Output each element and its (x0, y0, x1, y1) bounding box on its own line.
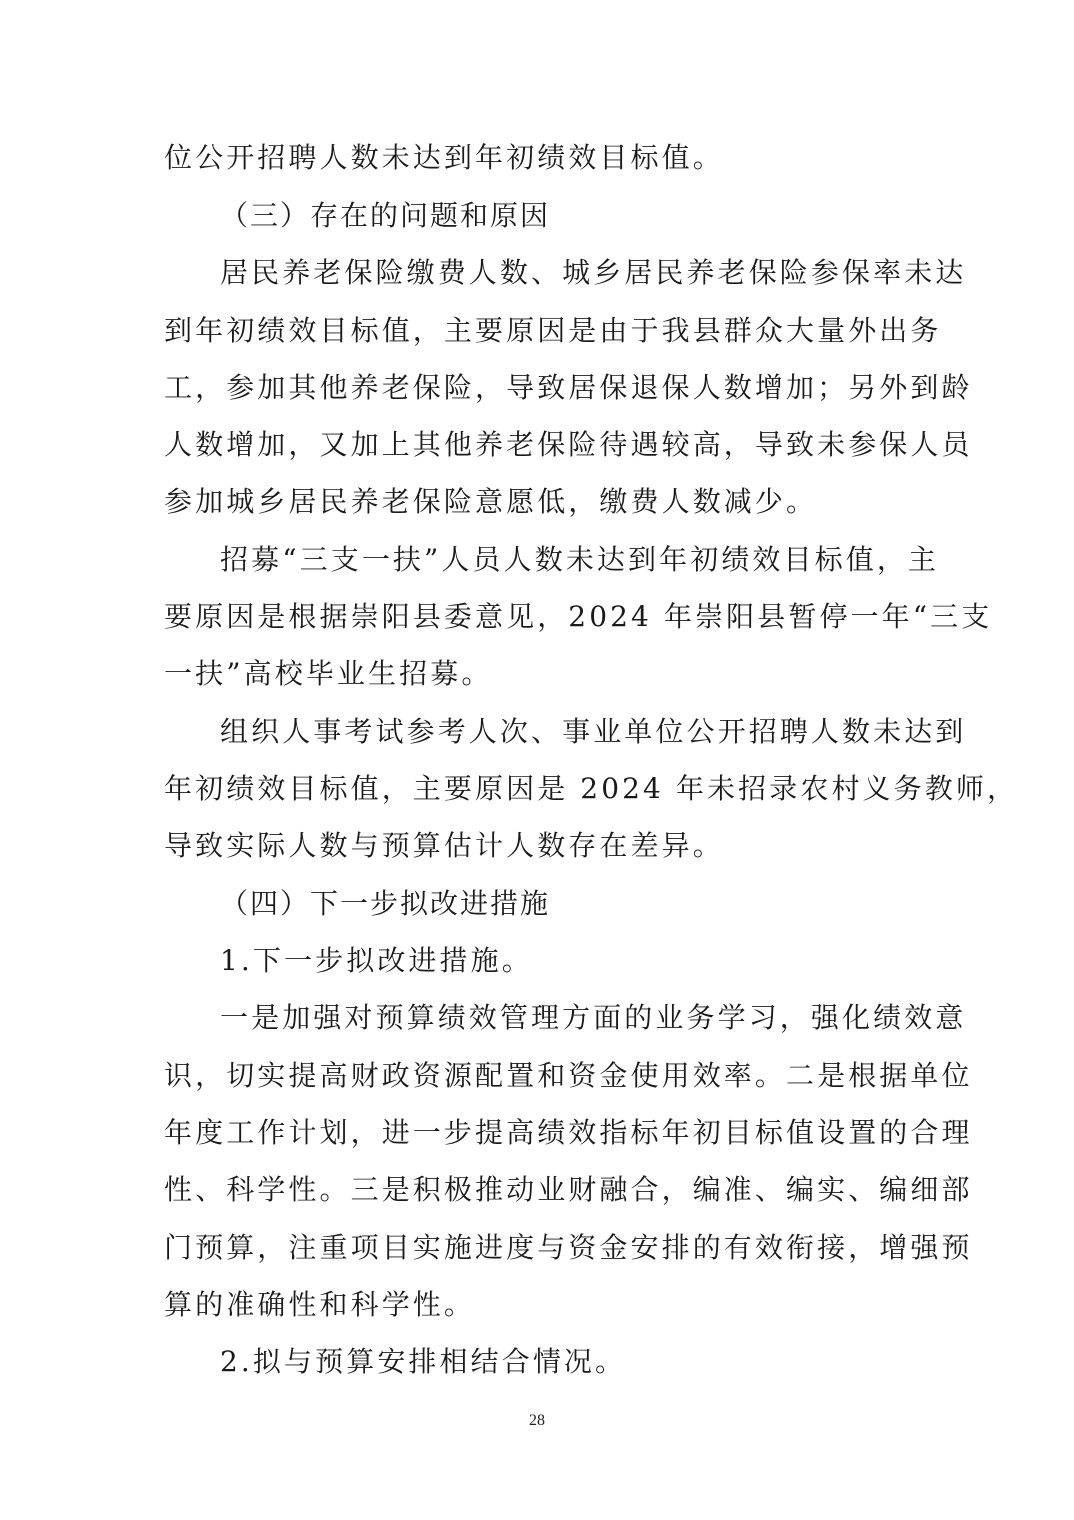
paragraph-line: 一扶”高校毕业生招募。 (164, 654, 914, 694)
paragraph-line: 门预算，注重项目实施进度与资金安排的有效衔接，增强预 (164, 1228, 914, 1268)
paragraph-line: 要原因是根据崇阳县委意见，2024 年崇阳县暂停一年“三支 (164, 597, 914, 637)
paragraph-line: 一是加强对预算绩效管理方面的业务学习，强化绩效意 (220, 998, 970, 1038)
page-number: 28 (0, 1412, 1074, 1430)
paragraph-line: 年初绩效目标值，主要原因是 2024 年未招录农村义务教师， (164, 769, 914, 809)
paragraph-line: 性、科学性。三是积极推动业财融合，编准、编实、编细部 (164, 1170, 914, 1210)
paragraph-line: 算的准确性和科学性。 (164, 1285, 914, 1325)
paragraph-line: 工，参加其他养老保险，导致居保退保人数增加；另外到龄 (164, 368, 914, 408)
paragraph-line: 招募“三支一扶”人员人数未达到年初绩效目标值，主 (220, 540, 970, 580)
section-heading-problems: （三）存在的问题和原因 (220, 196, 970, 236)
subheading-budget-integration: 2.拟与预算安排相结合情况。 (220, 1342, 970, 1382)
paragraph-line: 到年初绩效目标值，主要原因是由于我县群众大量外出务 (164, 311, 914, 351)
paragraph-line: 导致实际人数与预算估计人数存在差异。 (164, 826, 914, 866)
paragraph-line: 位公开招聘人数未达到年初绩效目标值。 (164, 138, 914, 178)
document-page: 位公开招聘人数未达到年初绩效目标值。 （三）存在的问题和原因 居民养老保险缴费人… (0, 0, 1074, 1520)
paragraph-line: 组织人事考试参考人次、事业单位公开招聘人数未达到 (220, 712, 970, 752)
section-heading-improvements: （四）下一步拟改进措施 (220, 884, 970, 924)
paragraph-line: 年度工作计划，进一步提高绩效指标年初目标值设置的合理 (164, 1113, 914, 1153)
paragraph-line: 参加城乡居民养老保险意愿低，缴费人数减少。 (164, 482, 914, 522)
subheading-improvement-measures: 1.下一步拟改进措施。 (220, 941, 970, 981)
paragraph-line: 居民养老保险缴费人数、城乡居民养老保险参保率未达 (220, 253, 970, 293)
paragraph-line: 识，切实提高财政资源配置和资金使用效率。二是根据单位 (164, 1056, 914, 1096)
paragraph-line: 人数增加，又加上其他养老保险待遇较高，导致未参保人员 (164, 425, 914, 465)
